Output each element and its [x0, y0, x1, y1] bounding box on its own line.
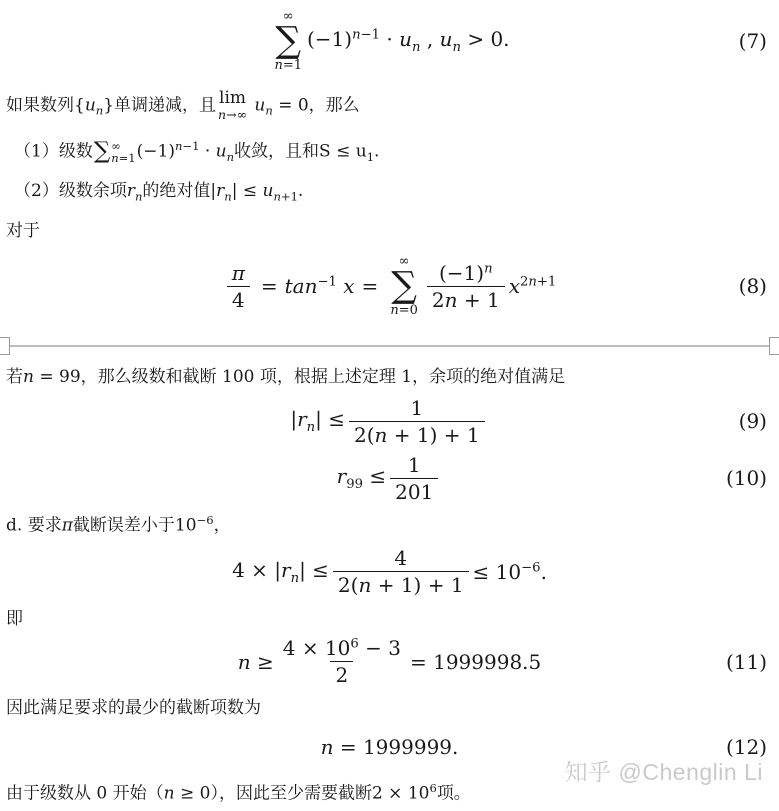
paragraph-d-error-requirement: d. 要求π截断误差小于10−6， [0, 512, 779, 538]
equation-10: r99 ≤1201 (10) [0, 453, 779, 504]
equation-11: n ≥4 × 106 − 32= 1999998.5 (11) [0, 636, 779, 688]
paragraph-duiyu: 对于 [0, 219, 779, 244]
equation-8-number: (8) [739, 274, 767, 298]
equation-9-body: |rn| ≤12(n + 1) + 1 [290, 396, 488, 447]
equation-11-body: n ≥4 × 106 − 32= 1999998.5 [238, 636, 542, 687]
equation-10-number: (10) [726, 466, 767, 490]
equation-7-number: (7) [739, 29, 767, 53]
paragraph-n99-truncation: 若n = 99，那么级数和截断 100 项，根据上述定理 1，余项的绝对值满足 [0, 365, 779, 390]
paragraph-theorem-item-2: （2）级数余项rn的绝对值|rn| ≤ un+1. [0, 179, 779, 205]
equation-8: π4=tan−1 x=∞∑n=0(−1)n2n + 1x2n+1 (8) [0, 250, 779, 322]
equation-error-bound-body: 4 × |rn| ≤42(n + 1) + 1≤ 10−6. [232, 546, 547, 597]
equation-10-body: r99 ≤1201 [337, 453, 443, 504]
document-page: ∞∑n=1(−1)n−1 · un , un > 0. (7) 如果数列{un}… [0, 0, 779, 811]
page-break-marker [0, 336, 779, 355]
paragraph-ji: 即 [0, 607, 779, 632]
page-break-left-bracket [0, 337, 10, 355]
equation-8-body: π4=tan−1 x=∞∑n=0(−1)n2n + 1x2n+1 [223, 255, 557, 317]
equation-9: |rn| ≤12(n + 1) + 1 (9) [0, 396, 779, 447]
equation-9-number: (9) [739, 409, 767, 433]
paragraph-sequence-condition: 如果数列{un}单调递减，且limn→∞ un = 0，那么 [0, 90, 779, 122]
equation-7: ∞∑n=1(−1)n−1 · un , un > 0. (7) [0, 6, 779, 76]
equation-7-body: ∞∑n=1(−1)n−1 · un , un > 0. [269, 10, 509, 72]
paragraph-minimum-terms: 因此满足要求的最少的截断项数为 [0, 696, 779, 721]
page-break-right-bracket [769, 337, 779, 355]
paragraph-theorem-item-1: （1）级数∑∞n=1(−1)n−1 · un收敛，且和S ≤ u1. [0, 138, 779, 166]
page-break-line [10, 345, 769, 347]
zhihu-watermark: 知乎 @Chenglin Li [565, 754, 763, 787]
equation-error-bound: 4 × |rn| ≤42(n + 1) + 1≤ 10−6. [0, 546, 779, 597]
equation-12-body: n = 1999999. [321, 735, 459, 759]
equation-11-number: (11) [726, 650, 767, 674]
